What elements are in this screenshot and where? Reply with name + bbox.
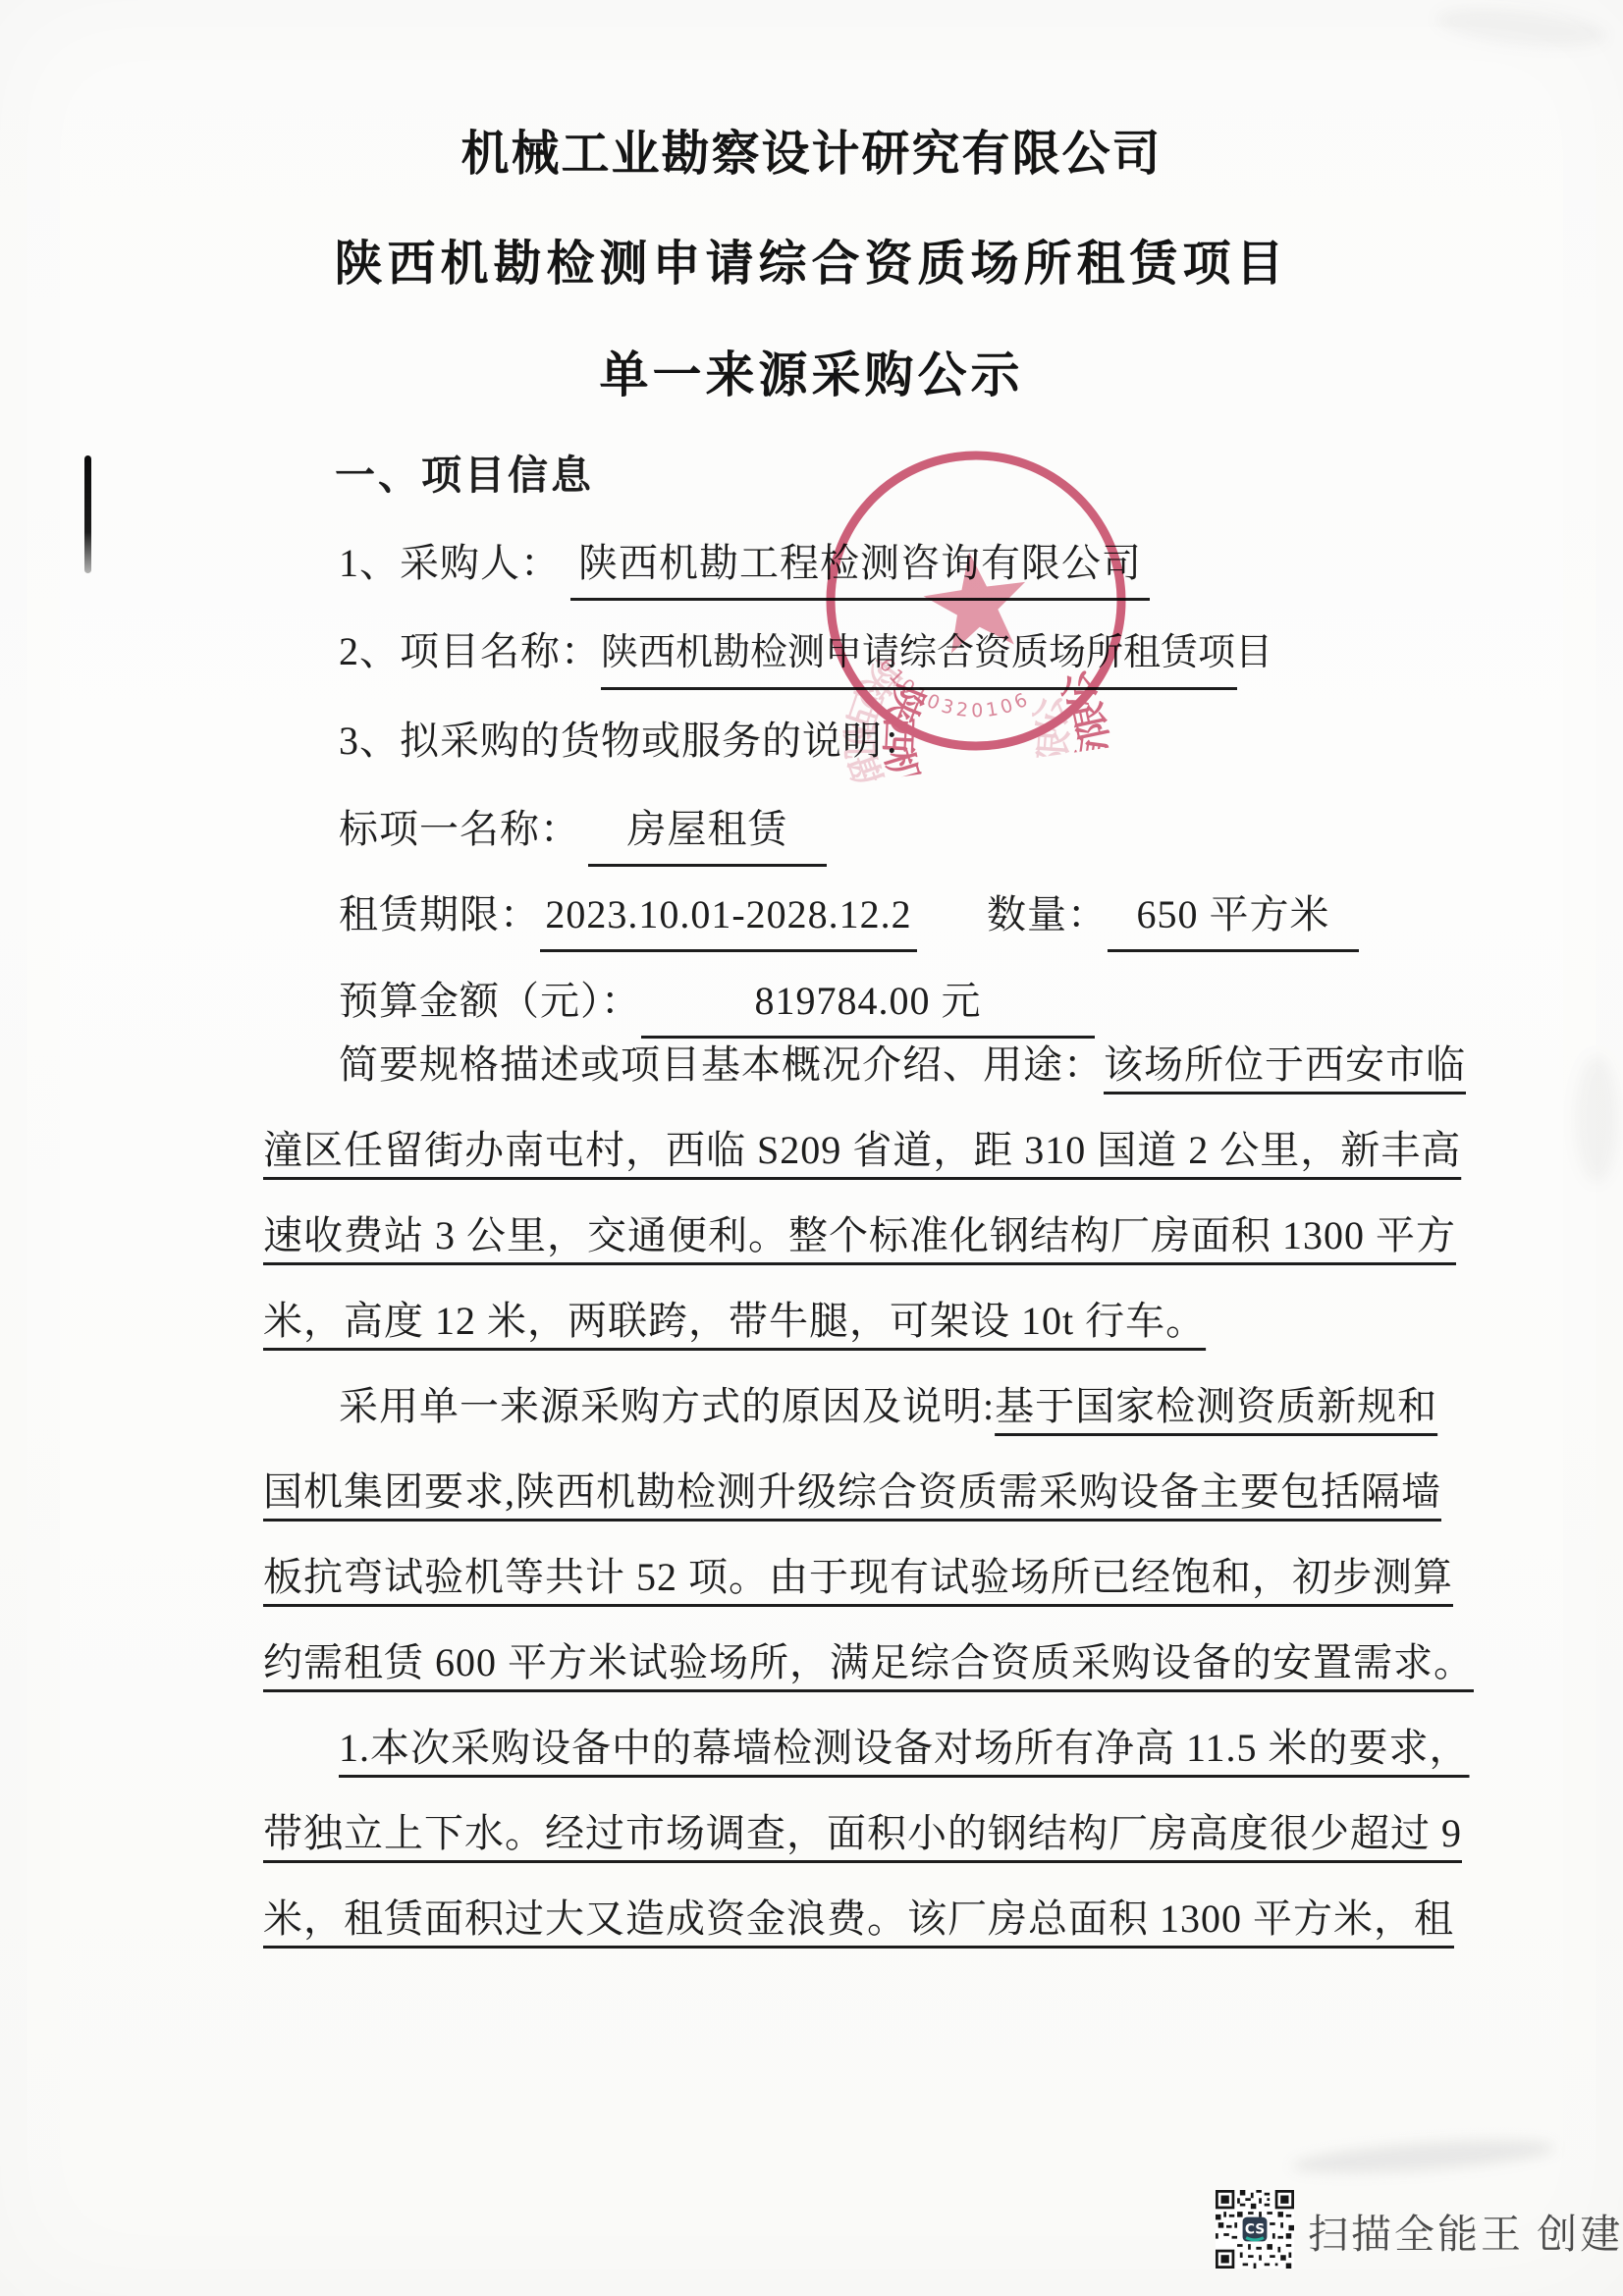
point1-paragraph-line-1: 1.本次采购设备中的幕墙检测设备对场所有净高 11.5 米的要求， — [339, 1720, 1470, 1777]
bid-item-label: 标项一名称： — [339, 807, 580, 851]
project-name-label: 2、项目名称： — [339, 629, 601, 673]
spec-paragraph-line-2: 潼区任留街办南屯村，西临 S209 省道，距 310 国道 2 公里，新丰高 — [263, 1122, 1461, 1179]
point1-paragraph-line-2: 带独立上下水。经过市场调查，面积小的钢结构厂房高度很少超过 9 — [263, 1805, 1462, 1862]
budget-label: 预算金额（元）： — [339, 979, 641, 1023]
budget-value: 819784.00 元 — [641, 973, 1095, 1039]
doc-title-project: 陕西机勘检测申请综合资质场所租赁项目 — [0, 226, 1623, 294]
camscanner-badge-text: CS — [1245, 2222, 1265, 2238]
section-heading-project-info: 一、项目信息 — [335, 447, 594, 504]
spec-lead: 简要规格描述或项目基本概况介绍、用途： — [339, 1042, 1104, 1087]
spec-paragraph-line-3: 速收费站 3 公里，交通便利。整个标准化钢结构厂房面积 1300 平方 — [263, 1207, 1456, 1264]
company-seal-stamp: 陕西机勘工程检测咨询有限公司 陕西机勘工程检测咨询有限公司 6101032010… — [790, 415, 1161, 785]
spec-underlined-start: 该场所位于西安市临 — [1104, 1042, 1466, 1087]
reason-underlined-start: 基于国家检测资质新规和 — [995, 1384, 1437, 1428]
lease-term-line: 租赁期限：2023.10.01-2028.12.2数量：650 平方米 — [339, 886, 917, 952]
quantity-label: 数量： — [987, 892, 1108, 936]
reason-paragraph-line-4: 约需租赁 600 平方米试验场所，满足综合资质采购设备的安置需求。 — [263, 1634, 1474, 1691]
scanned-document-page: 机械工业勘察设计研究有限公司 陕西机勘检测申请综合资质场所租赁项目 单一来源采购… — [0, 0, 1623, 2296]
star-icon — [918, 545, 1033, 656]
lease-term-value: 2023.10.01-2028.12.2 — [540, 886, 917, 952]
doc-title-notice-type: 单一来源采购公示 — [0, 336, 1623, 406]
reason-paragraph-line-1: 采用单一来源采购方式的原因及说明:基于国家检测资质新规和 — [339, 1378, 1437, 1435]
scan-smudge-artifact — [1434, 1, 1609, 54]
reason-lead: 采用单一来源采购方式的原因及说明: — [339, 1384, 995, 1428]
bid-item-value: 房屋租赁 — [588, 801, 827, 867]
doc-title-company: 机械工业勘察设计研究有限公司 — [0, 116, 1623, 185]
quantity-group: 数量：650 平方米 — [987, 886, 1359, 952]
scan-edge-artifact — [84, 455, 91, 573]
budget-line: 预算金额（元）：819784.00 元 — [339, 973, 1095, 1039]
spec-paragraph-line-1: 简要规格描述或项目基本概况介绍、用途：该场所位于西安市临 — [339, 1037, 1466, 1094]
scan-smudge-artifact — [1575, 1055, 1618, 1183]
spec-paragraph-line-4: 米，高度 12 米，两联跨，带牛腿，可架设 10t 行车。 — [263, 1293, 1206, 1350]
bid-item-line: 标项一名称：房屋租赁 — [339, 801, 827, 867]
camscanner-created-label: 扫描全能王 创建 — [1308, 2202, 1623, 2260]
purchaser-label: 1、采购人： — [339, 541, 561, 585]
qr-code: CS — [1216, 2190, 1294, 2269]
scan-smudge-artifact — [1290, 2134, 1556, 2180]
camscanner-badge: CS — [1243, 2217, 1268, 2242]
reason-paragraph-line-3: 板抗弯试验机等共计 52 项。由于现有试验场所已经饱和，初步测算 — [263, 1549, 1453, 1606]
reason-paragraph-line-2: 国机集团要求,陕西机勘检测升级综合资质需采购设备主要包括隔墙 — [263, 1464, 1441, 1521]
quantity-value: 650 平方米 — [1108, 886, 1359, 952]
point1-paragraph-line-3: 米，租赁面积过大又造成资金浪费。该厂房总面积 1300 平方米，租 — [263, 1891, 1454, 1948]
lease-term-label: 租赁期限： — [339, 892, 540, 936]
